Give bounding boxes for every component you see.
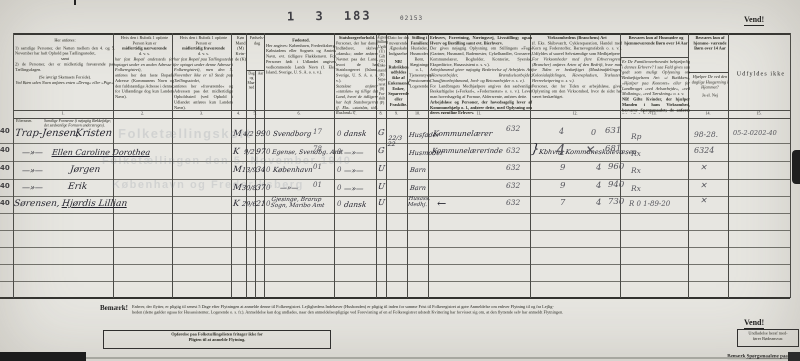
- column-header-business-type: Virksomhedens (Branchens) Art (f. Eks. S…: [530, 33, 624, 114]
- family-status-cell: Husass. Medhj.: [407, 197, 430, 209]
- marriage-date-cell: 22/3 22: [387, 136, 406, 149]
- column-number: 4.: [235, 111, 243, 116]
- ruled-line: [0, 213, 790, 214]
- column-number: 2.: [128, 111, 158, 116]
- column-number: 11.: [454, 111, 505, 116]
- year-stamp: 40: [0, 199, 10, 207]
- firstname-cell: Erik: [67, 182, 87, 192]
- ruled-line: [0, 281, 790, 282]
- birthplace-cell: Gjesinge, Brarup Sogn, Maribo Amt: [270, 197, 331, 209]
- column-number: 10.: [412, 111, 423, 116]
- column-number: 13.: [637, 111, 671, 116]
- office-code: 78: [313, 145, 322, 153]
- office-code: 0: [591, 128, 596, 137]
- office-code: Rx: [631, 184, 641, 193]
- citizenship-cell: dansk: [343, 200, 367, 209]
- office-code: 0: [266, 130, 270, 138]
- ruled-line: [0, 247, 790, 248]
- ditto-mark: —»—: [21, 183, 43, 192]
- office-code: Rx: [631, 166, 641, 175]
- office-code: Rx: [631, 149, 641, 158]
- office-code: 98-28.: [694, 130, 718, 139]
- column-number: 15.: [744, 111, 775, 116]
- office-code: 4: [556, 141, 566, 159]
- column-number: 8.: [379, 111, 384, 116]
- family-status-cell: Barn: [410, 166, 427, 174]
- office-code: 632: [506, 181, 520, 190]
- scan-edge-left: [0, 352, 86, 361]
- office-code: 01: [313, 181, 322, 189]
- office-code: 9: [560, 163, 565, 173]
- office-code: 05-2-0202-40: [733, 129, 777, 137]
- ditto-mark: —»—: [21, 148, 43, 157]
- grid-line: [13, 118, 790, 119]
- name-subheader: Efternavn. Samtlige Fornavne (i nøjagtig…: [16, 119, 112, 128]
- marital-cell: U: [377, 198, 385, 207]
- surname-cell: Sørensen,: [13, 199, 60, 209]
- office-code: ✕: [700, 196, 707, 205]
- column-header-citizenship: Statsborgerforhold. Personer, der har da…: [334, 33, 380, 114]
- family-status-cell: Barn: [410, 184, 427, 192]
- column-header-names: Her anføres: 1) samtlige Personer, der N…: [13, 33, 117, 114]
- year-stamp: 40: [0, 182, 10, 190]
- ditto-mark: —»—: [21, 166, 43, 175]
- citizenship-cell: dansk: [343, 129, 367, 138]
- census-form-sheet: 1 3 183 02153 Vend! Folketællingskort Fo…: [0, 0, 800, 361]
- office-code: ✕: [584, 143, 594, 157]
- office-code: 6324: [694, 146, 714, 155]
- office-code: 632: [506, 124, 520, 133]
- year-stamp: 40: [0, 146, 10, 154]
- birthplace-cell: København: [273, 166, 314, 174]
- office-code: 4: [596, 198, 601, 208]
- office-code: 4: [596, 163, 601, 173]
- office-code: 960: [608, 162, 624, 172]
- firstname-cell: Kristen: [74, 128, 112, 139]
- backside-note: Bemærk Spørgsmaalene paa Bagsiden.: [660, 348, 800, 361]
- turn-over-label-bottom: Vend!: [744, 318, 764, 329]
- watermark-place: København og Frederiksberg: [112, 179, 304, 191]
- column-number: 9.: [391, 111, 402, 116]
- citizenship-cell: —»—: [343, 166, 364, 175]
- office-code: 632: [506, 163, 520, 172]
- office-code: 0: [266, 166, 270, 174]
- office-code: 681: [605, 144, 621, 154]
- ruled-line: [0, 196, 790, 197]
- birthyear-cell: 21: [255, 199, 266, 208]
- office-code: 0: [337, 200, 341, 208]
- scan-edge-bottom: [86, 357, 746, 359]
- column-number: 12.: [553, 111, 598, 116]
- firstname-cell: Hjørdis Lillian: [61, 199, 127, 209]
- birthyear-cell: 99: [255, 129, 266, 138]
- column-number: 7.: [345, 111, 366, 116]
- office-code: 9: [560, 181, 565, 191]
- surname-cell: Trap-Jensen,: [14, 128, 80, 139]
- date-stamp: 1 3 183: [287, 9, 372, 24]
- column-number: 5.: [251, 111, 260, 116]
- column-number: 3.: [187, 111, 217, 116]
- year-stamp: 40: [0, 164, 10, 172]
- office-code: 0: [337, 184, 341, 192]
- grid-line: [0, 297, 790, 299]
- office-code: 632: [506, 198, 520, 207]
- citizenship-cell: —»—: [343, 184, 364, 193]
- column-header-occupation: Erhverv, Forretning, Næringsvej, Livssti…: [428, 33, 534, 114]
- penalty-notice-box: Undladelse heraf med- fører Bødeansvar.: [737, 329, 799, 347]
- office-code: ✕: [700, 181, 707, 190]
- column-header-help-in-business: Er De Familieoverhovedet behjælpelig i d…: [620, 57, 692, 114]
- column-number: 1.: [38, 111, 88, 116]
- column-header-housework-help: Hjælper De ved den daglige Husgerning i …: [688, 72, 732, 114]
- office-code: 0: [337, 166, 341, 174]
- marital-cell: G: [377, 146, 384, 155]
- office-code: 0: [337, 130, 341, 138]
- office-code: 631: [605, 126, 621, 136]
- office-code: 730: [608, 197, 624, 207]
- marital-cell: G: [377, 128, 384, 137]
- occupation-cell: Kommunelærerinde: [432, 147, 504, 155]
- column-header-temporarily-absent: Hvis den i Rubrik 1 opførte Person er mi…: [172, 33, 235, 114]
- scan-mark: [74, 0, 76, 5]
- marital-cell: U: [377, 164, 385, 173]
- office-code: ✕: [700, 163, 707, 172]
- ruled-line: [0, 264, 790, 265]
- watermark-title: Folketællingskort: [118, 126, 252, 141]
- firstname-cell: Jørgen: [69, 165, 100, 175]
- column-number: 6.: [282, 111, 317, 116]
- serial-number: 02153: [400, 15, 423, 22]
- year-stamp: 40: [0, 127, 10, 135]
- scan-edge-right: [788, 352, 800, 361]
- occupation-arrow: ←: [436, 197, 447, 210]
- scan-blot: [792, 150, 800, 184]
- office-code: 4: [559, 127, 564, 136]
- office-code: 940: [608, 180, 624, 190]
- birthplace-cell: Svendborg: [273, 130, 312, 138]
- office-code: R 0 1-89-20: [629, 200, 670, 208]
- office-code: Rp: [631, 132, 641, 141]
- moving-notice-box: Opførelse paa Folketællingslisten fritag…: [103, 330, 331, 349]
- sex-cell: K: [232, 199, 240, 209]
- column-header-children-over-14: Besvares kun af hjemme- værende Børn ove…: [688, 33, 732, 76]
- ruled-line: [0, 230, 790, 231]
- office-code: 17: [313, 128, 322, 136]
- watermark-subtitle: Folketællingen den 5. November 1940: [102, 155, 351, 167]
- column-header-birthplace: Fødested. Her angives: København, Freder…: [264, 33, 338, 114]
- marital-cell: U: [377, 182, 385, 191]
- column-number: 14.: [698, 111, 718, 116]
- occupation-cell: Kommunelærer: [432, 129, 492, 138]
- office-code: 7: [560, 198, 565, 208]
- remark-text: Enhver, der flytter, er pligtig til sene…: [132, 304, 788, 325]
- turn-over-label-top: Vend!: [744, 15, 764, 26]
- office-code: 632: [506, 146, 520, 155]
- remark-label: Bemærk!: [100, 304, 128, 312]
- column-header-office-use: Udfyldes ikke: [728, 33, 794, 114]
- column-header-temporarily-present: Hvis den i Rubrik 1 opførte Person kun e…: [113, 33, 176, 114]
- office-code: 4: [596, 181, 601, 191]
